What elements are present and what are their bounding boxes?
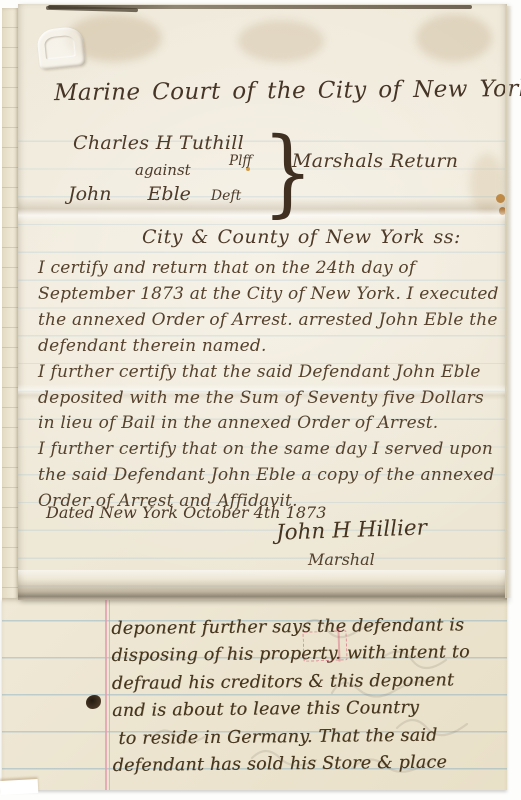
page-title: Marine Court of the City of New York (54, 76, 521, 106)
defendant-line: JohnEbleDeft (68, 183, 241, 205)
defendant-last-name: Eble (148, 183, 191, 205)
signature: John H Hillier (276, 515, 428, 545)
red-pencil-mark (302, 630, 347, 662)
versus-label: against (135, 161, 191, 179)
body-line: I further certify that on the same day I… (38, 437, 499, 463)
page-top-edge (46, 6, 138, 12)
body-line: defendant therein named. (38, 334, 499, 360)
body-line: deposited with me the Sum of Seventy fiv… (38, 386, 499, 412)
underlying-ledger-page: deponent further says the defendant is d… (2, 598, 507, 790)
dated-line: Dated New York October 4th 1873 (46, 503, 326, 522)
marshals-return-page: Marine Court of the City of New York Cha… (18, 4, 507, 600)
scanned-document: deponent further says the defendant is d… (0, 0, 521, 800)
body-line: in lieu of Bail in the annexed Order of … (38, 411, 499, 437)
affidavit-line: to reside in Germany. That the said (112, 722, 504, 754)
plaintiff-name: Charles H Tuthill (73, 132, 244, 154)
return-body: I certify and return that on the 24th da… (38, 256, 499, 515)
venue-line: City & County of New York ss: (142, 226, 461, 248)
bottom-fold-shadow (18, 570, 507, 600)
defendant-first-name: John (68, 183, 112, 205)
page-edge-right (505, 6, 512, 598)
torn-corner (0, 779, 38, 795)
embossed-seal (36, 26, 86, 71)
stain (416, 14, 492, 62)
body-line: September 1873 at the City of New York. … (38, 282, 499, 308)
stain (238, 20, 324, 62)
body-line: I further certify that the said Defendan… (38, 360, 499, 386)
plaintiff-abbreviation: Plff (229, 153, 252, 169)
defendant-abbreviation: Deft (211, 188, 241, 204)
body-line: the said Defendant John Eble a copy of t… (38, 463, 499, 489)
caption-brace: } (262, 125, 313, 220)
affidavit-line: and is about to leave this Country (112, 694, 504, 726)
affidavit-line: defendant has sold his Store & place (113, 749, 505, 781)
body-line: I certify and return that on the 24th da… (38, 256, 499, 282)
signature-title: Marshal (308, 550, 375, 569)
body-line: the annexed Order of Arrest. arrested Jo… (38, 308, 499, 334)
affidavit-line: defraud his creditors & this deponent (112, 667, 504, 699)
document-label: Marshals Return (292, 150, 458, 172)
